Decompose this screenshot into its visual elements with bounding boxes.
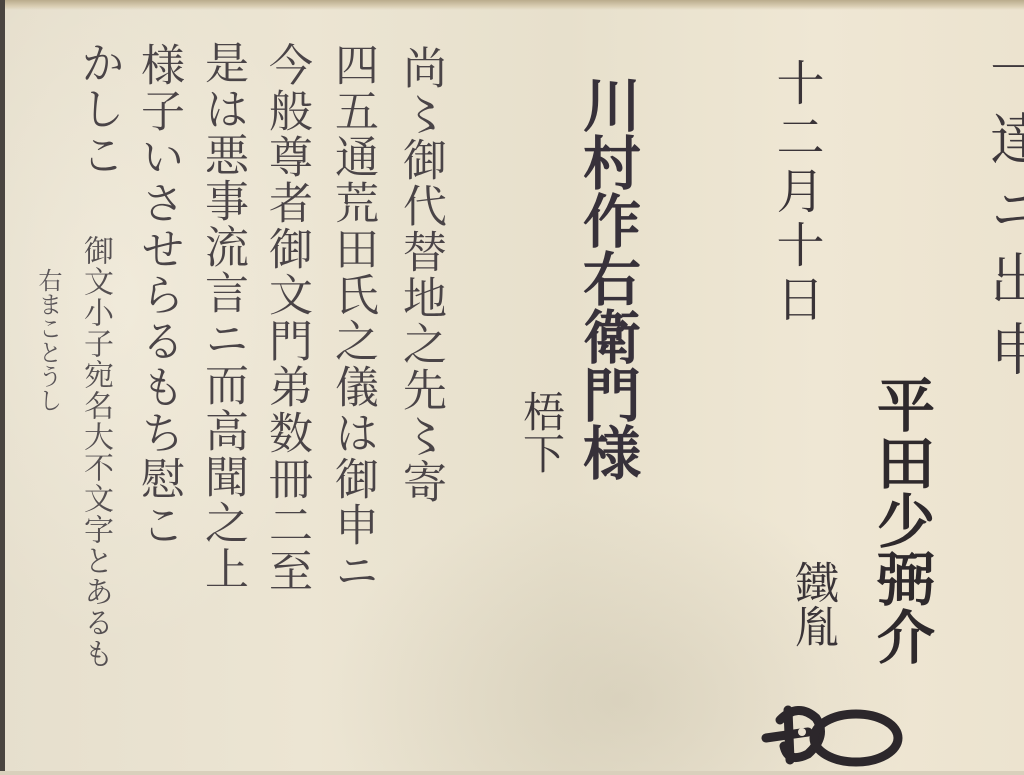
kao-icon: [758, 680, 908, 770]
addressee-honorific: 梧下: [520, 390, 562, 474]
body-column-3: 今般尊者御文門弟数冊二至: [264, 42, 308, 594]
document-photo: 一達ニ出申 平田少弼介 十二月十日 鐵胤 川村作右衛門様 梧下 尚〻御代替地之先…: [0, 0, 1024, 775]
kao-signature-mark: [758, 680, 908, 770]
body-column-6: かしこ: [76, 40, 120, 178]
frame-left-edge: [0, 0, 5, 775]
body-column-4: 是は悪事流言ニ而高聞之上: [200, 40, 244, 592]
body-column-1: 尚〻御代替地之先〻寄: [398, 45, 442, 505]
paper-top-edge: [0, 0, 1024, 10]
sender-name: 平田少弼介: [872, 375, 930, 665]
letter-date: 十二月十日: [772, 58, 820, 328]
paper-bottom-edge: [0, 771, 1024, 775]
body-column-7: 御文小子宛名大不文字とあるも: [80, 235, 110, 669]
column-right-partial: 一達ニ出申: [985, 40, 1024, 390]
body-column-2: 四五通荒田氏之儀は御申ニ: [330, 42, 374, 594]
body-column-5: 様子いさせらるもち慰こ: [136, 42, 180, 548]
sender-given-name: 鐵胤: [790, 560, 834, 648]
body-column-8: 右まことうし: [36, 268, 60, 412]
addressee-name: 川村作右衛門様: [578, 75, 636, 481]
